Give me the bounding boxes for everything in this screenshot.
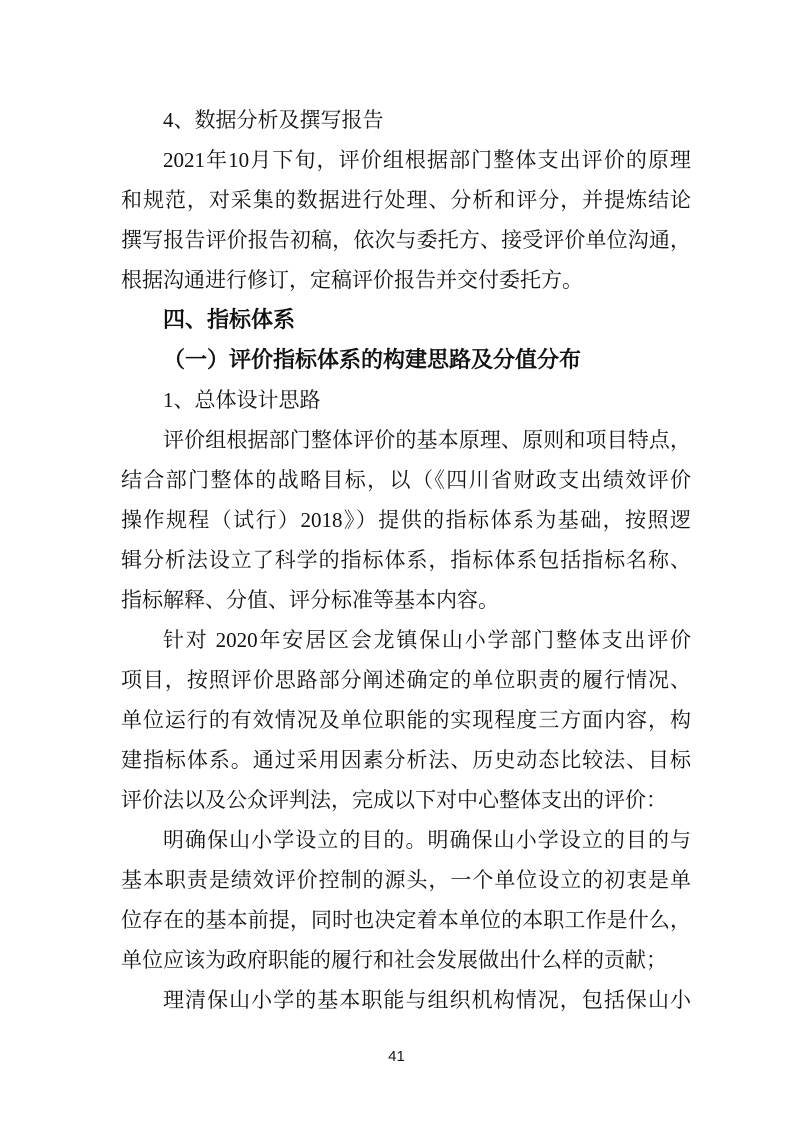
document-body: 4、数据分析及撰写报告 2021年10月下旬，评价组根据部门整体支出评价的原理 … [121, 100, 691, 1020]
paragraph-line: 位存在的基本前提，同时也决定着本单位的本职工作是什么， [121, 900, 691, 940]
paragraph-line: 基本职责是绩效评价控制的源头，一个单位设立的初衷是单 [121, 860, 691, 900]
heading-subsection-one-construction-approach: （一）评价指标体系的构建思路及分值分布 [121, 340, 691, 380]
paragraph-line: 辑分析法设立了科学的指标体系，指标体系包括指标名称、 [121, 540, 691, 580]
paragraph-line: 建指标体系。通过采用因素分析法、历史动态比较法、目标 [121, 740, 691, 780]
subheading-step4-data-analysis: 4、数据分析及撰写报告 [121, 100, 691, 140]
paragraph-line: 结合部门整体的战略目标，以（《四川省财政支出绩效评价 [121, 460, 691, 500]
paragraph-line: 指标解释、分值、评分标准等基本内容。 [121, 580, 691, 620]
paragraph-line: 评价法以及公众评判法，完成以下对中心整体支出的评价： [121, 780, 691, 820]
paragraph-line: 针对 2020年安居区会龙镇保山小学部门整体支出评价 [121, 620, 691, 660]
page-number: 41 [0, 1048, 793, 1065]
paragraph-line: 操作规程（试行）2018》）提供的指标体系为基础，按照逻 [121, 500, 691, 540]
paragraph-line: 根据沟通进行修订，定稿评价报告并交付委托方。 [121, 260, 691, 300]
paragraph-line: 理清保山小学的基本职能与组织机构情况，包括保山小 [121, 980, 691, 1020]
paragraph-line: 明确保山小学设立的目的。明确保山小学设立的目的与 [121, 820, 691, 860]
paragraph-line: 2021年10月下旬，评价组根据部门整体支出评价的原理 [121, 140, 691, 180]
paragraph-line: 单位运行的有效情况及单位职能的实现程度三方面内容，构 [121, 700, 691, 740]
paragraph-line: 撰写报告评价报告初稿，依次与委托方、接受评价单位沟通， [121, 220, 691, 260]
heading-section-four-indicator-system: 四、指标体系 [121, 300, 691, 340]
paragraph-line: 和规范，对采集的数据进行处理、分析和评分，并提炼结论 [121, 180, 691, 220]
document-page: 4、数据分析及撰写报告 2021年10月下旬，评价组根据部门整体支出评价的原理 … [0, 0, 793, 1122]
paragraph-line: 评价组根据部门整体评价的基本原理、原则和项目特点， [121, 420, 691, 460]
subheading-overall-design: 1、总体设计思路 [121, 380, 691, 420]
paragraph-line: 项目，按照评价思路部分阐述确定的单位职责的履行情况、 [121, 660, 691, 700]
paragraph-line: 单位应该为政府职能的履行和社会发展做出什么样的贡献； [121, 940, 691, 980]
